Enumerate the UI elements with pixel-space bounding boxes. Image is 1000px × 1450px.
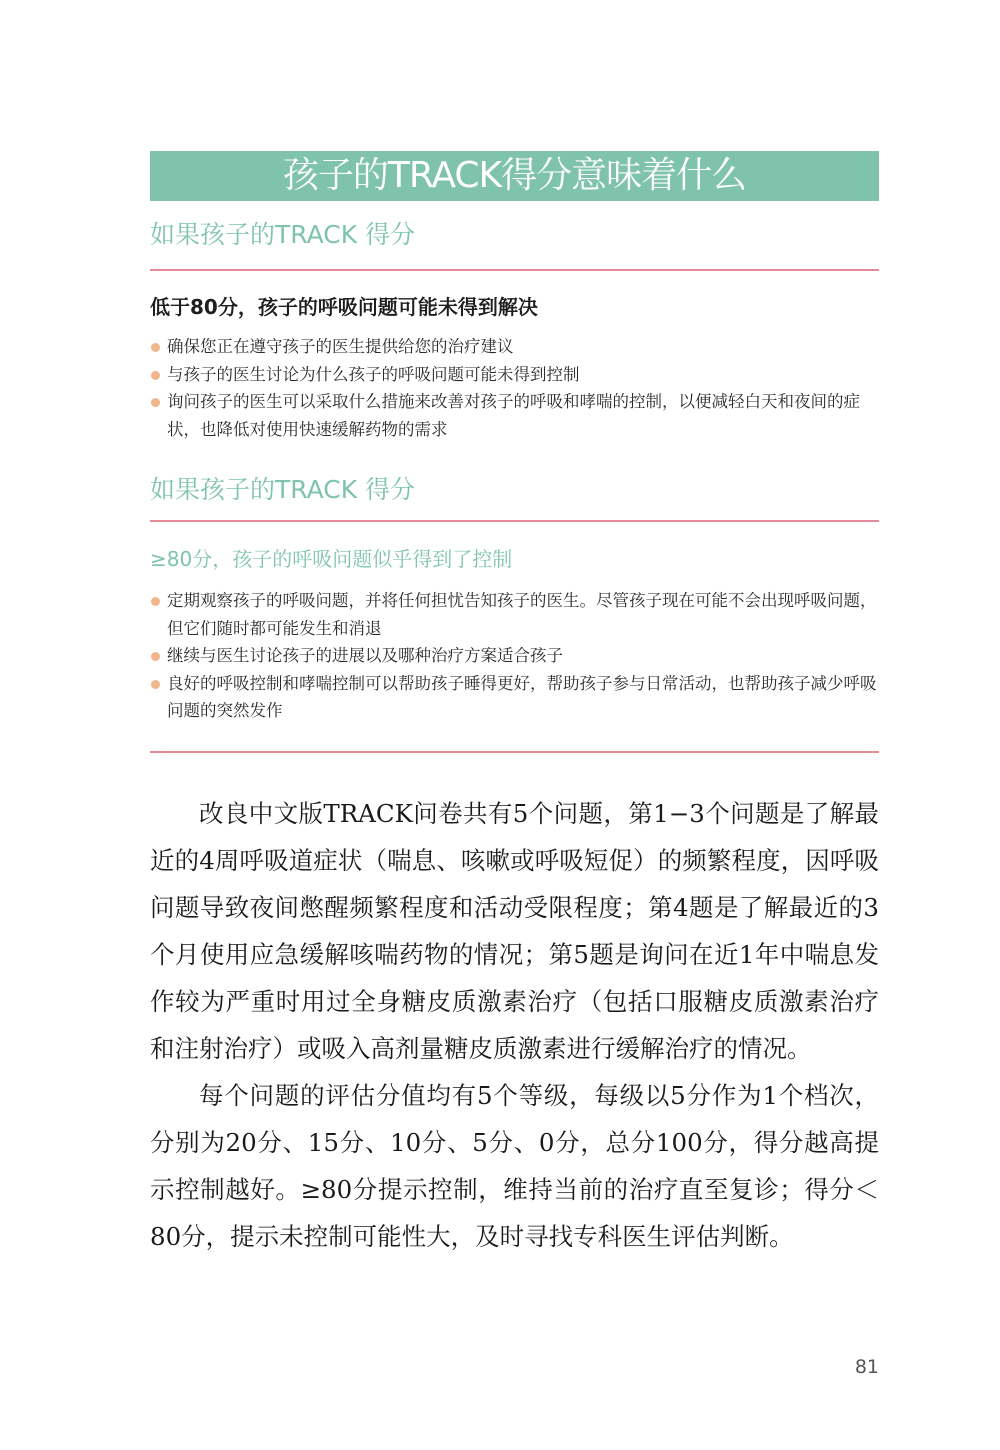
bullet-dot-icon bbox=[151, 343, 160, 352]
section-high-heading: 如果孩子的TRACK 得分 bbox=[150, 475, 415, 505]
bullet-dot-icon bbox=[151, 680, 160, 689]
section-low-bullets: 确保您正在遵守孩子的医生提供给您的治疗建议 与孩子的医生讨论为什么孩子的呼吸问题… bbox=[150, 333, 879, 443]
paragraph: 每个问题的评估分值均有5个等级，每级以5分作为1个档次，分别为20分、15分、1… bbox=[150, 1072, 879, 1260]
section-high-condition: ≥80分，孩子的呼吸问题似乎得到了控制 bbox=[150, 546, 512, 572]
list-item: 继续与医生讨论孩子的进展以及哪种治疗方案适合孩子 bbox=[150, 642, 879, 670]
bullet-dot-icon bbox=[151, 597, 160, 606]
list-item: 定期观察孩子的呼吸问题，并将任何担忧告知孩子的医生。尽管孩子现在可能不会出现呼吸… bbox=[150, 587, 879, 642]
page-number: 81 bbox=[855, 1356, 879, 1378]
bullet-dot-icon bbox=[151, 398, 160, 407]
bullet-dot-icon bbox=[151, 371, 160, 380]
section-high-bullets: 定期观察孩子的呼吸问题，并将任何担忧告知孩子的医生。尽管孩子现在可能不会出现呼吸… bbox=[150, 587, 879, 725]
divider bbox=[150, 269, 879, 271]
section-low-heading: 如果孩子的TRACK 得分 bbox=[150, 220, 415, 250]
list-item: 询问孩子的医生可以采取什么措施来改善对孩子的呼吸和哮喘的控制，以便减轻白天和夜间… bbox=[150, 388, 879, 443]
paragraph: 改良中文版TRACK问卷共有5个问题，第1−3个问题是了解最近的4周呼吸道症状（… bbox=[150, 790, 879, 1072]
body-text: 改良中文版TRACK问卷共有5个问题，第1−3个问题是了解最近的4周呼吸道症状（… bbox=[150, 790, 879, 1260]
list-item: 确保您正在遵守孩子的医生提供给您的治疗建议 bbox=[150, 333, 879, 361]
divider bbox=[150, 520, 879, 522]
list-item: 与孩子的医生讨论为什么孩子的呼吸问题可能未得到控制 bbox=[150, 361, 879, 389]
bullet-dot-icon bbox=[151, 652, 160, 661]
section-low-condition: 低于80分，孩子的呼吸问题可能未得到解决 bbox=[150, 294, 538, 320]
divider bbox=[150, 751, 879, 753]
page-title-banner: 孩子的TRACK得分意味着什么 bbox=[150, 151, 879, 201]
list-item: 良好的呼吸控制和哮喘控制可以帮助孩子睡得更好，帮助孩子参与日常活动，也帮助孩子减… bbox=[150, 670, 879, 725]
